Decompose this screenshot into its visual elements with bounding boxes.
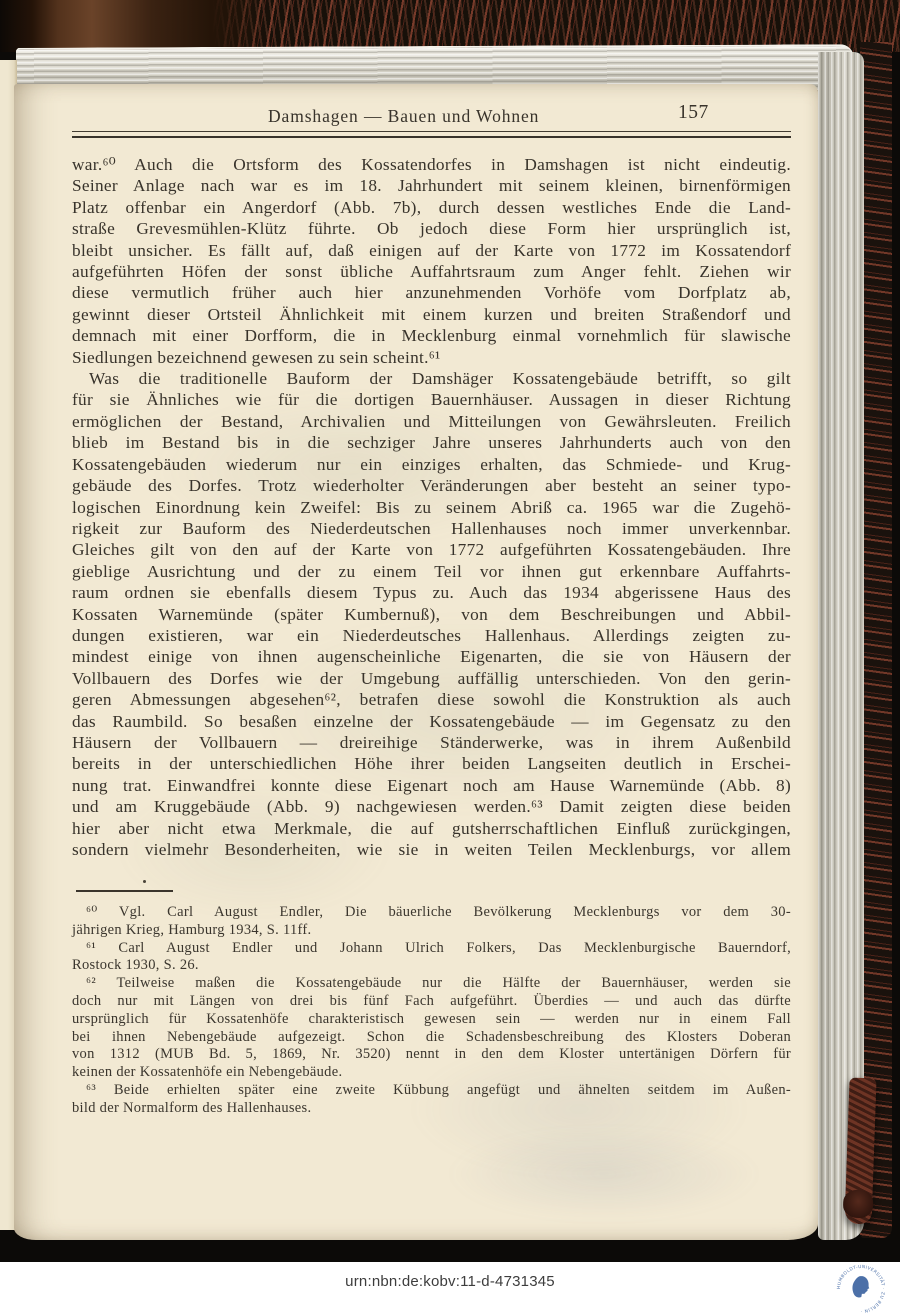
body-text-line: für sie Ähnliches wie für die dortigen B… [72,389,791,410]
running-header: Damshagen — Bauen und Wohnen 157 [72,100,790,128]
footnote-line: keinen der Kossatenhöfe ein Nebengebäude… [72,1064,791,1082]
footnotes: ⁶⁰ Vgl. Carl August Endler, Die bäuerlic… [72,904,791,1118]
footnote-separator-rule [76,890,173,892]
body-text-line: geren Abmessungen abgesehen⁶², betrafen … [72,689,791,710]
body-text-line: war.⁶⁰ Auch die Ortsform des Kossatendor… [72,154,791,175]
footnote-line: ⁶² Teilweise maßen die Kossatengebäude n… [72,975,791,993]
body-text-line: gewinnt dieser Ortsteil Ähnlichkeit mit … [72,304,791,325]
footnote-line: bei ihnen Nebengebäude aufgezeigt. Schon… [72,1029,791,1047]
body-text-line: logischen Einordnung kein Zweifel: Bis z… [72,497,791,518]
body-text-line: diese vermutlich früher auch hier anzune… [72,282,791,303]
body-text-line: ermöglichen der Bestand, Archivalien und… [72,411,791,432]
bookmark-ribbon [844,1078,876,1225]
seal-profile-head [852,1276,869,1297]
body-text-line: sondern vielmehr Besonderheiten, wie sie… [72,839,791,860]
body-text-line: Gleiches gilt von den auf der Karte von … [72,539,791,560]
print-artifact-dot [143,880,146,883]
body-text-line: Seiner Anlage nach war es im 18. Jahrhun… [72,175,791,196]
body-text-line: das Raumbild. So besaßen einzelne der Ko… [72,711,791,732]
body-text-line: Siedlungen bezeichnend gewesen zu sein s… [72,347,791,368]
page-number: 157 [678,102,709,124]
body-text-line: Kossaten Warnemünde (später Kumbernuß), … [72,604,791,625]
urn-identifier: urn:nbn:de:kobv:11-d-4731345 [0,1273,900,1290]
body-text-line: nung trat. Einwandfrei konnte diese Eige… [72,775,791,796]
viewer-footer: urn:nbn:de:kobv:11-d-4731345 HUMBOLDT-UN… [0,1262,900,1315]
body-text-line: und am Kruggebäude (Abb. 9) nachgewiesen… [72,796,791,817]
body-text-line: blieb im Bestand bis in die sechziger Ja… [72,432,791,453]
body-text-line: Häusern der Vollbauern — dreireihige Stä… [72,732,791,753]
footnote-line: jährigen Krieg, Hamburg 1934, S. 11ff. [72,922,791,940]
body-text-line: gebäude des Dorfes. Trotz wiederholter V… [72,475,791,496]
footnote-line: ⁶⁰ Vgl. Carl August Endler, Die bäuerlic… [72,904,791,922]
body-text-line: gieblige Ausrichtung und der zu einem Te… [72,561,791,582]
body-text-line: bleibt unsicher. Es fällt auf, daß einig… [72,240,791,261]
header-rule [72,131,791,138]
footnote-line: von 1312 (MUB Bd. 5, 1869, Nr. 3520) nen… [72,1046,791,1064]
body-text-line: rigkeit zur Bauform des Niederdeutschen … [72,518,791,539]
humboldt-university-seal-logo: HUMBOLDT-UNIVERSITÄT · ZU BERLIN · [836,1264,886,1314]
book-cover-right-edge [860,42,892,1238]
body-text-line: dungen existieren, war ein Niederdeutsch… [72,625,791,646]
body-text-line: bereits in der unterschiedlichen Höhe ih… [72,753,791,774]
page-stack-right-edge [818,52,864,1240]
footnote-line: doch nur mit Längen von drei bis fünf Fa… [72,993,791,1011]
body-text-line: raum ordnen sie ebenfalls diesem Typus z… [72,582,791,603]
footnote-line: ursprünglich für Kossatenhöfe charakteri… [72,1011,791,1029]
body-text-line: Platz offenbar ein Angerdorf (Abb. 7b), … [72,197,791,218]
body-text-line: mindest einige von ihnen augenscheinlich… [72,646,791,667]
footnote-line: Rostock 1930, S. 26. [72,957,791,975]
body-text: war.⁶⁰ Auch die Ortsform des Kossatendor… [72,154,791,860]
footnote-line: ⁶¹ Carl August Endler und Johann Ulrich … [72,940,791,958]
footnote-line: ⁶³ Beide erhielten später eine zweite Kü… [72,1082,791,1100]
footnote-line: bild der Normalform des Hallenhauses. [72,1100,791,1118]
scanned-page: Damshagen — Bauen und Wohnen 157 war.⁶⁰ … [14,84,818,1240]
body-text-line: Vollbauern des Dorfes wie der Umgebung a… [72,668,791,689]
body-text-line: Kossatengebäuden wiederum nur ein einzig… [72,454,791,475]
body-text-line: demnach mit einer Dorfform, die in Meckl… [72,325,791,346]
body-text-line: straße Grevesmühlen-Klütz führte. Ob jed… [72,218,791,239]
body-text-line: hier aber nicht etwa Merkmale, die auf g… [72,818,791,839]
running-header-title: Damshagen — Bauen und Wohnen [268,106,539,127]
book-spine-corner [0,0,272,52]
body-text-line: Was die traditionelle Bauform der Damshä… [72,368,791,389]
book-scan-viewer: Damshagen — Bauen und Wohnen 157 war.⁶⁰ … [0,0,900,1315]
bleedthrough-smudge [434,1124,774,1224]
body-text-line: aufgeführten Höfen der sonst übliche Auf… [72,261,791,282]
